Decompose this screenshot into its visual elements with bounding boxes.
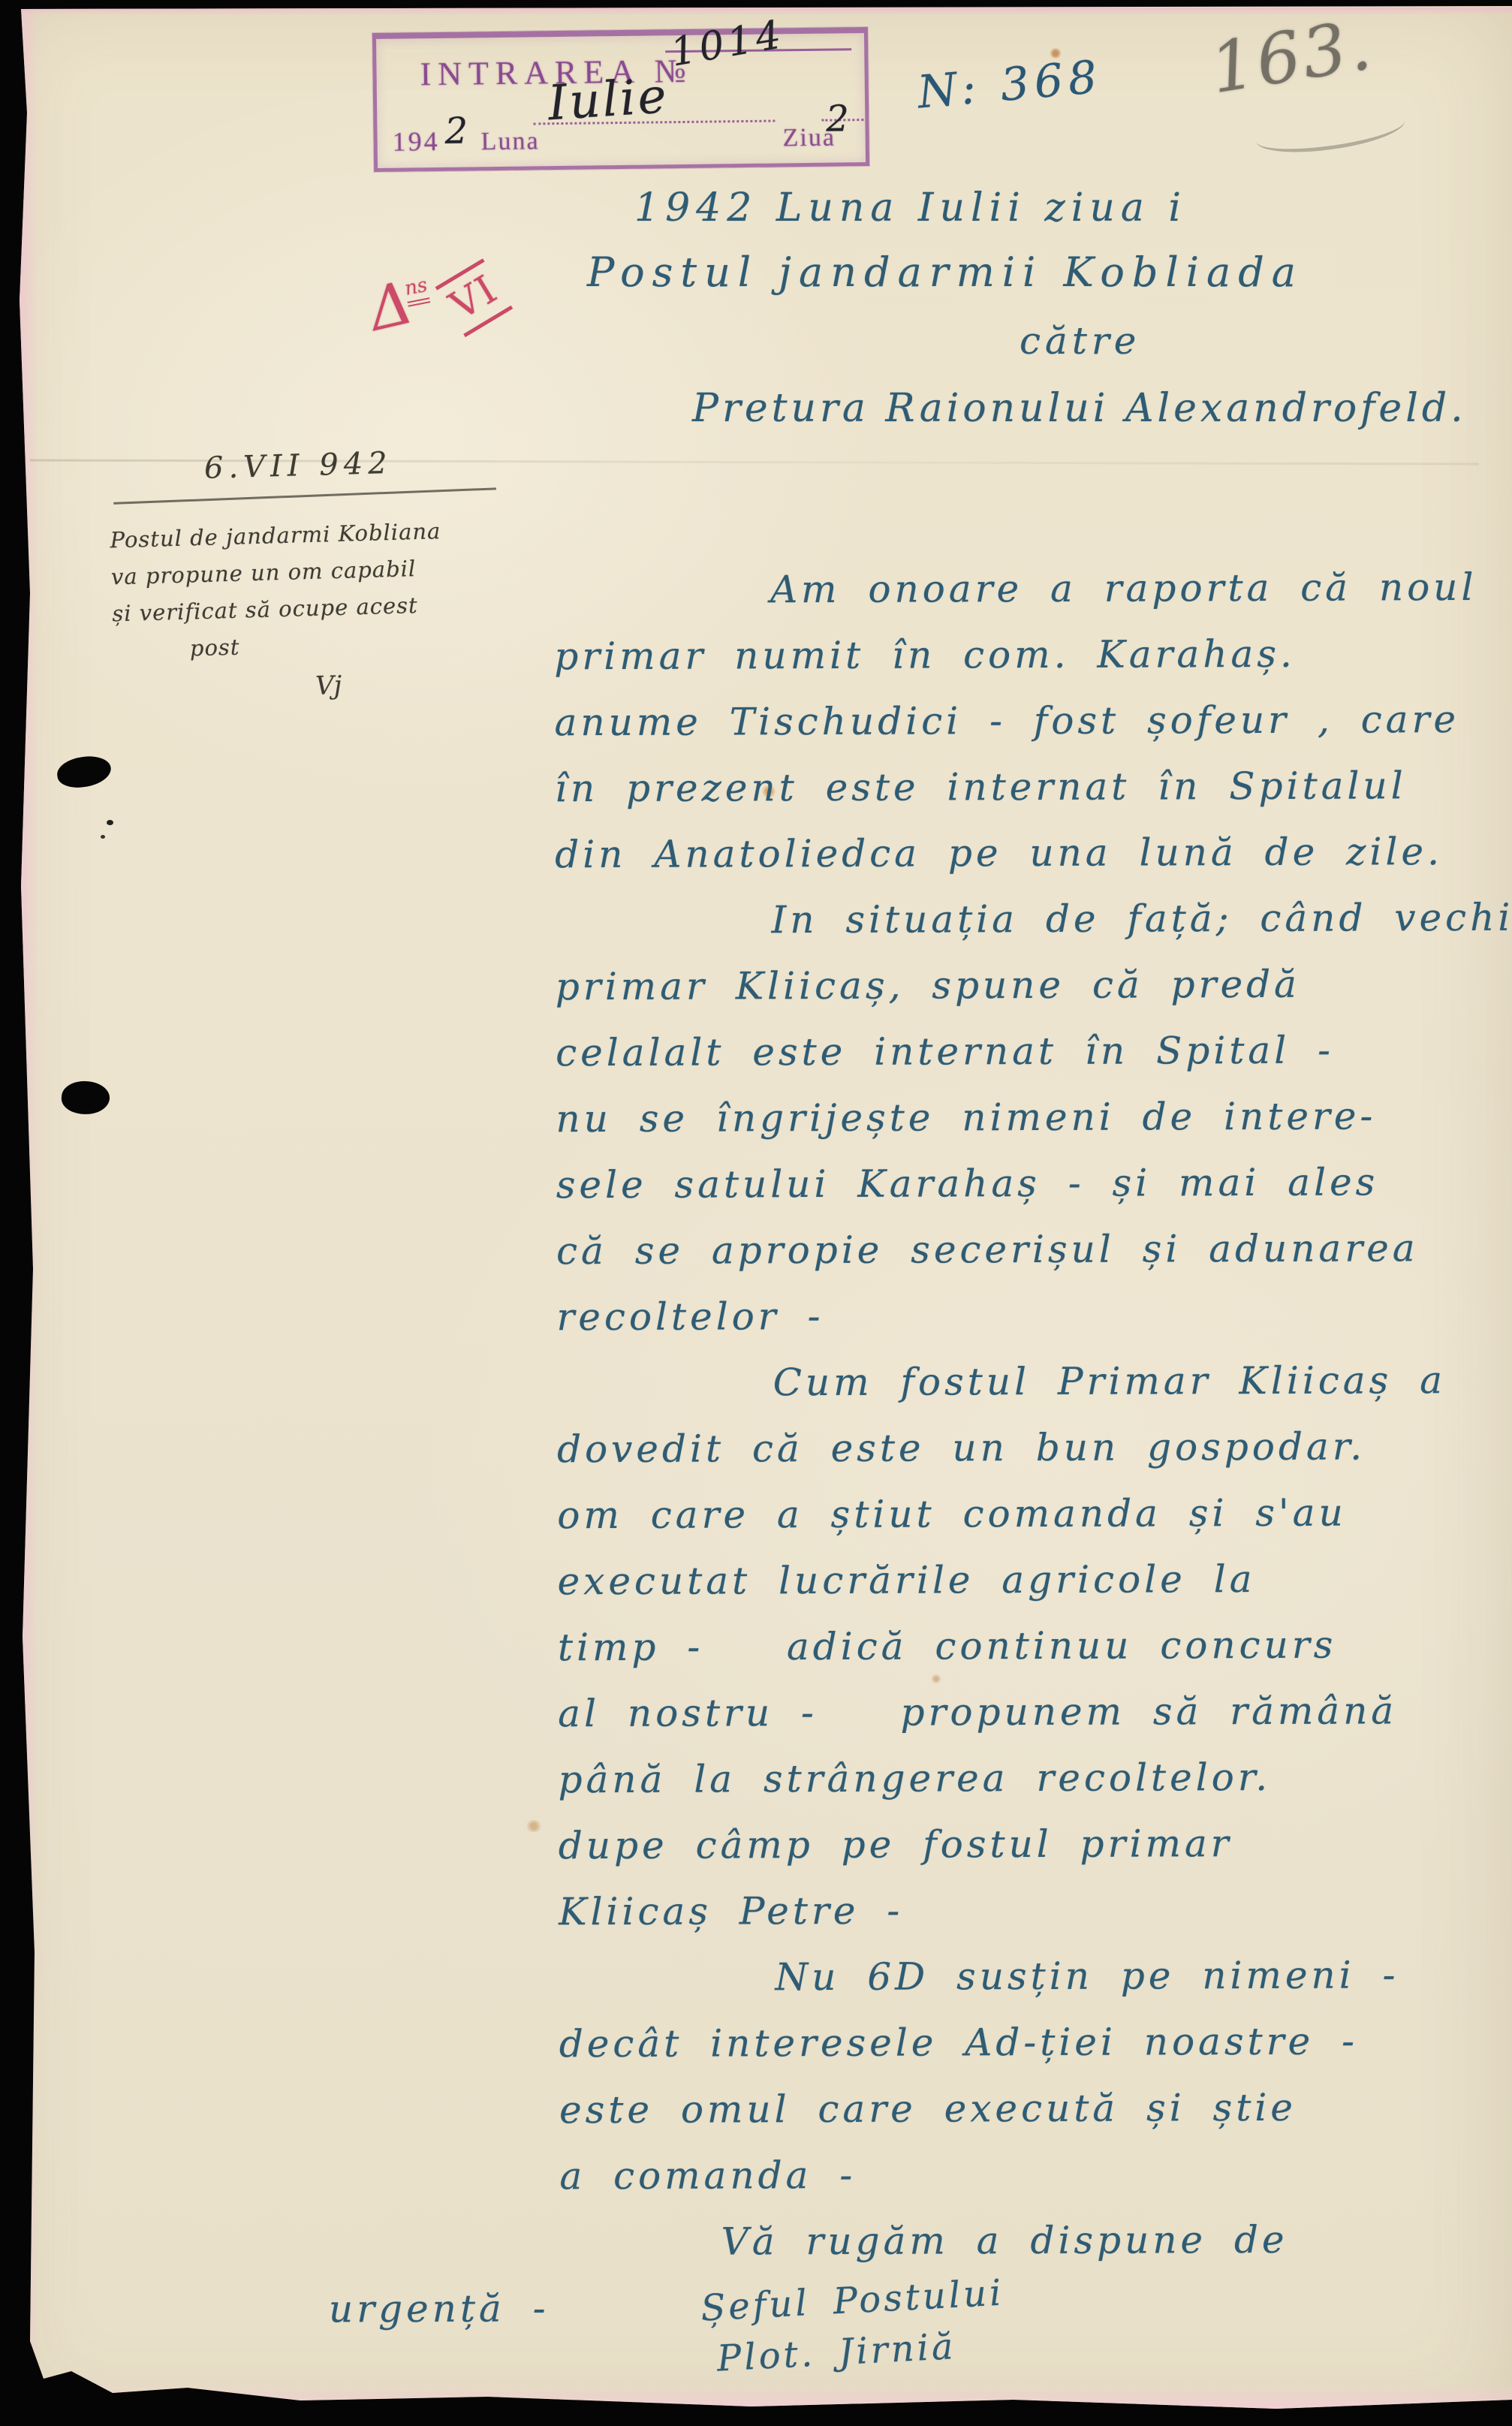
hand-line: că se apropie secerișul și adunarea: [556, 1215, 1512, 1285]
margin-note-lines: Postul de jandarmi Koblianava propune un…: [110, 510, 564, 670]
hand-line: dovedit că este un bun gospodar.: [557, 1413, 1512, 1483]
punch-hole: [56, 754, 113, 790]
letter-date-line: 1942 Luna Iulii ziua i: [634, 179, 1512, 237]
stamp-year-digit: 2: [444, 110, 468, 152]
hand-line: a comanda -: [559, 2140, 1512, 2210]
dossier-superscript: ns: [403, 274, 431, 307]
margin-note-initials: Vj: [315, 665, 565, 701]
foxing-stain: [526, 1820, 542, 1832]
margin-note-underline: [113, 487, 496, 505]
letter-sender: Postul jandarmii Kobliada: [587, 237, 1512, 308]
hand-line: executat lucrările agricole la: [557, 1545, 1512, 1615]
letter-header: 1942 Luna Iulii ziua i Postul jandarmii …: [556, 179, 1512, 443]
stamp-month-label: Luna: [480, 127, 539, 156]
pencil-margin-note: 6.VII 942 Postul de jandarmi Koblianava …: [107, 442, 565, 707]
folio-number: 163.: [1205, 5, 1378, 110]
dossier-numeral: VI: [435, 258, 514, 337]
letter-closing-line: Vă rugăm a dispune de: [721, 2206, 1512, 2275]
pencil-stroke: [1254, 102, 1408, 159]
registration-stamp: INTRAREA № 1014 194 2 Luna Iulie Ziua 2: [372, 27, 869, 172]
hand-line: dupe câmp pe fostul primar: [559, 1810, 1512, 1879]
hand-line: sele satului Karahaș - și mai ales: [556, 1149, 1512, 1219]
hand-line: Kliicaș Petre -: [559, 1876, 1512, 1945]
hand-line: decât interesele Ad-ției noastre -: [559, 2008, 1512, 2078]
stamp-month-value: Iulie: [547, 68, 670, 131]
stamp-entry-number: 1014: [667, 12, 788, 76]
red-pencil-dossier-mark: ΔnsVI: [366, 259, 509, 345]
scanned-document: INTRAREA № 1014 194 2 Luna Iulie Ziua 2 …: [0, 0, 1512, 2426]
stamp-day-value: 2: [826, 98, 849, 140]
ink-speck: [101, 835, 105, 839]
document-number: N: 368: [915, 50, 1104, 119]
hand-line: anume Tischudici - fost șofeur , care: [554, 686, 1512, 756]
letter-salutation: către: [1020, 308, 1512, 374]
paper-sheet: INTRAREA № 1014 194 2 Luna Iulie Ziua 2 …: [0, 0, 1512, 2426]
hand-line: este omul care execută și știe: [559, 2074, 1512, 2144]
ink-speck: [107, 820, 113, 825]
letter-body-lines: Am onoare a raporta că noulprimar numit …: [554, 554, 1512, 2209]
hand-line: recoltelor -: [556, 1281, 1512, 1351]
hand-line: Nu 6D susțin pe nimeni -: [559, 1942, 1512, 2012]
hand-line: primar Kliicaș, spune că predă: [556, 951, 1512, 1020]
hand-line: până la strângerea recoltelor.: [558, 1743, 1512, 1813]
hand-line: în prezent este internat în Spitalul: [555, 752, 1512, 822]
hand-line: din Anatoliedca pe una lună de zile.: [555, 818, 1512, 888]
hand-line: primar numit în com. Karahaș.: [554, 620, 1512, 690]
hand-line: celalalt este internat în Spital -: [556, 1017, 1512, 1086]
hand-line: nu se îngrijește nimeni de intere-: [556, 1083, 1512, 1153]
punch-hole: [60, 1079, 111, 1116]
hand-line: om care a știut comanda și s'au: [557, 1479, 1512, 1549]
stamp-year-prefix: 194: [392, 125, 440, 158]
signature-block: Șeful Postului Plot. Jirniă: [700, 2268, 1008, 2385]
hand-line: In situația de față; când vechiul: [555, 885, 1512, 954]
hand-line: al nostru - propunem să rămână: [558, 1677, 1512, 1747]
margin-note-date: 6.VII 942: [203, 442, 559, 486]
hand-line: Am onoare a raporta că noul: [554, 554, 1512, 624]
hand-line: Cum fostul Primar Kliicaș a: [557, 1347, 1512, 1417]
letter-body: Am onoare a raporta că noulprimar numit …: [554, 554, 1512, 2341]
letter-recipient: Pretura Raionului Alexandrofeld.: [692, 374, 1512, 443]
scan-edge-fringe: [0, 8, 1512, 15]
hand-line: timp - adică continuu concurs: [558, 1611, 1512, 1681]
